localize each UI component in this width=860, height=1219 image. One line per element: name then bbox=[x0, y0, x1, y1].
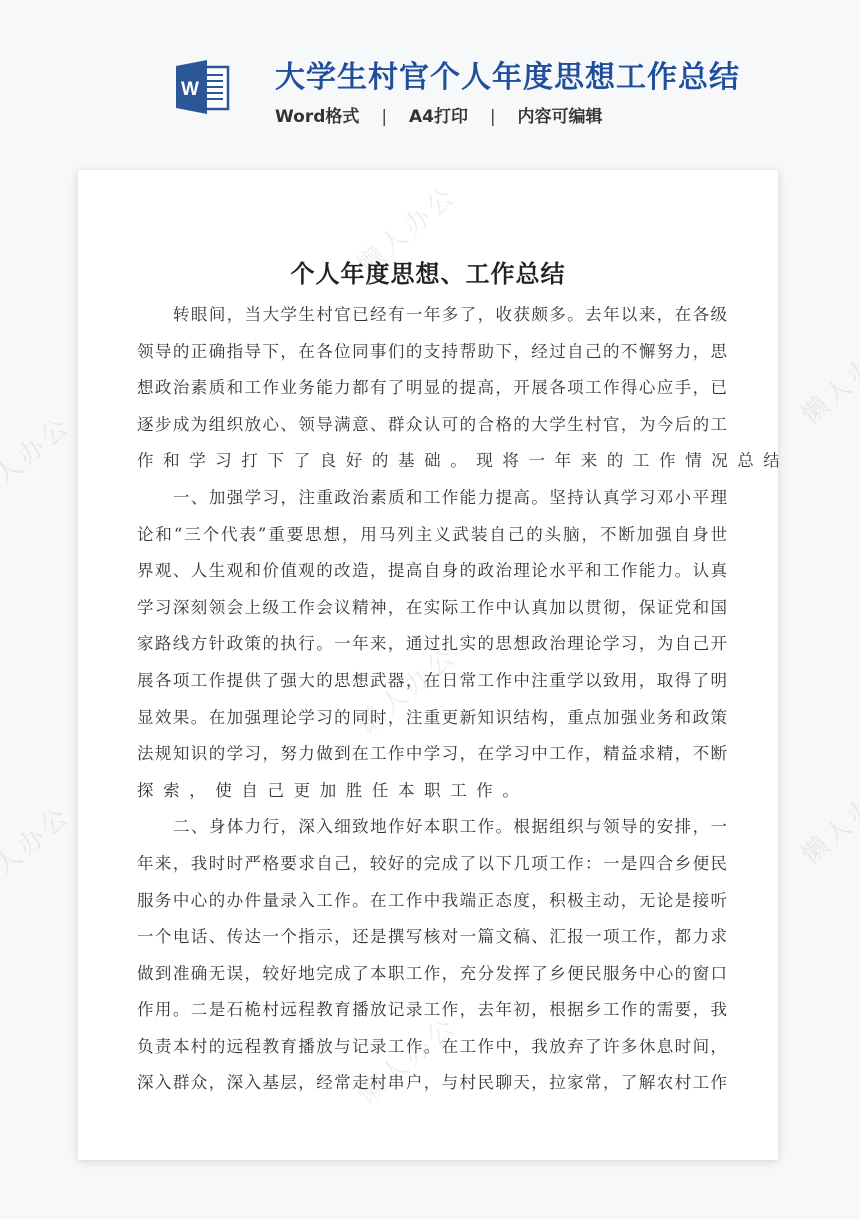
text-line: 负责本村的远程教育播放与记录工作。在工作中，我放弃了许多休息时间， bbox=[137, 1029, 727, 1066]
meta-editable: 内容可编辑 bbox=[518, 107, 603, 127]
text-line: 年来，我时时严格要求自己，较好的完成了以下几项工作：一是四合乡便民 bbox=[137, 846, 727, 883]
watermark: 懒人办公 bbox=[0, 796, 78, 901]
document-heading: 个人年度思想、工作总结 bbox=[78, 254, 778, 289]
meta-separator: | bbox=[381, 107, 387, 127]
text-line: 法规知识的学习，努力做到在工作中学习，在学习中工作，精益求精，不断 bbox=[137, 736, 727, 773]
text-line: 转眼间，当大学生村官已经有一年多了，收获颇多。去年以来，在各级 bbox=[137, 297, 727, 334]
text-line: 学习深刻领会上级工作会议精神，在实际工作中认真加以贯彻，保证党和国 bbox=[137, 590, 727, 627]
meta-separator: | bbox=[490, 107, 496, 127]
text-line: 想政治素质和工作业务能力都有了明显的提高，开展各项工作得心应手，已 bbox=[137, 370, 727, 407]
text-line: 服务中心的办件量录入工作。在工作中我端正态度，积极主动，无论是接听 bbox=[137, 883, 727, 920]
text-line: 作和学习打下了良好的基础。现将一年来的工作情况总结如下： bbox=[137, 443, 727, 480]
text-line: 深入群众，深入基层，经常走村串户，与村民聊天，拉家常，了解农村工作 bbox=[137, 1065, 727, 1102]
document-meta: Word格式 | A4打印 | 内容可编辑 bbox=[275, 102, 603, 127]
page-header: W 大学生村官个人年度思想工作总结 Word格式 | A4打印 | 内容可编辑 bbox=[0, 0, 860, 150]
watermark: 懒人办公 bbox=[792, 766, 860, 871]
watermark: 懒人办公 bbox=[0, 406, 78, 511]
text-line: 界观、人生观和价值观的改造，提高自身的政治理论水平和工作能力。认真 bbox=[137, 553, 727, 590]
text-line: 一、加强学习，注重政治素质和工作能力提高。坚持认真学习邓小平理 bbox=[137, 480, 727, 517]
text-line: 论和“三个代表”重要思想，用马列主义武装自己的头脑，不断加强自身世 bbox=[137, 517, 727, 554]
paragraph-work: 二、身体力行，深入细致地作好本职工作。根据组织与领导的安排，一 年来，我时时严格… bbox=[137, 809, 727, 1102]
text-line: 作用。二是石桅村远程教育播放记录工作，去年初，根据乡工作的需要，我 bbox=[137, 992, 727, 1029]
text-line: 做到准确无误，较好地完成了本职工作，充分发挥了乡便民服务中心的窗口 bbox=[137, 956, 727, 993]
text-line: 展各项工作提供了强大的思想武器，在日常工作中注重学以致用，取得了明 bbox=[137, 663, 727, 700]
paragraph-study: 一、加强学习，注重政治素质和工作能力提高。坚持认真学习邓小平理 论和“三个代表”… bbox=[137, 480, 727, 809]
text-line: 一个电话、传达一个指示，还是撰写核对一篇文稿、汇报一项工作，都力求 bbox=[137, 919, 727, 956]
text-line: 逐步成为组织放心、领导满意、群众认可的合格的大学生村官，为今后的工 bbox=[137, 407, 727, 444]
text-line: 探索，使自己更加胜任本职工作。 bbox=[137, 773, 727, 810]
svg-text:W: W bbox=[181, 79, 199, 100]
text-line: 显效果。在加强理论学习的同时，注重更新知识结构，重点加强业务和政策 bbox=[137, 700, 727, 737]
meta-format: Word格式 bbox=[275, 107, 359, 127]
document-page: 懒人办公 懒人办公 懒人办公 个人年度思想、工作总结 转眼间，当大学生村官已经有… bbox=[78, 170, 778, 1160]
text-line: 二、身体力行，深入细致地作好本职工作。根据组织与领导的安排，一 bbox=[137, 809, 727, 846]
word-document-icon: W bbox=[174, 59, 230, 115]
text-line: 领导的正确指导下，在各位同事们的支持帮助下，经过自己的不懈努力，思 bbox=[137, 334, 727, 371]
document-body: 转眼间，当大学生村官已经有一年多了，收获颇多。去年以来，在各级 领导的正确指导下… bbox=[137, 297, 727, 1102]
meta-print: A4打印 bbox=[409, 107, 468, 127]
paragraph-intro: 转眼间，当大学生村官已经有一年多了，收获颇多。去年以来，在各级 领导的正确指导下… bbox=[137, 297, 727, 480]
text-line: 家路线方针政策的执行。一年来，通过扎实的思想政治理论学习，为自己开 bbox=[137, 626, 727, 663]
document-title: 大学生村官个人年度思想工作总结 bbox=[275, 52, 740, 96]
watermark: 懒人办公 bbox=[792, 326, 860, 431]
